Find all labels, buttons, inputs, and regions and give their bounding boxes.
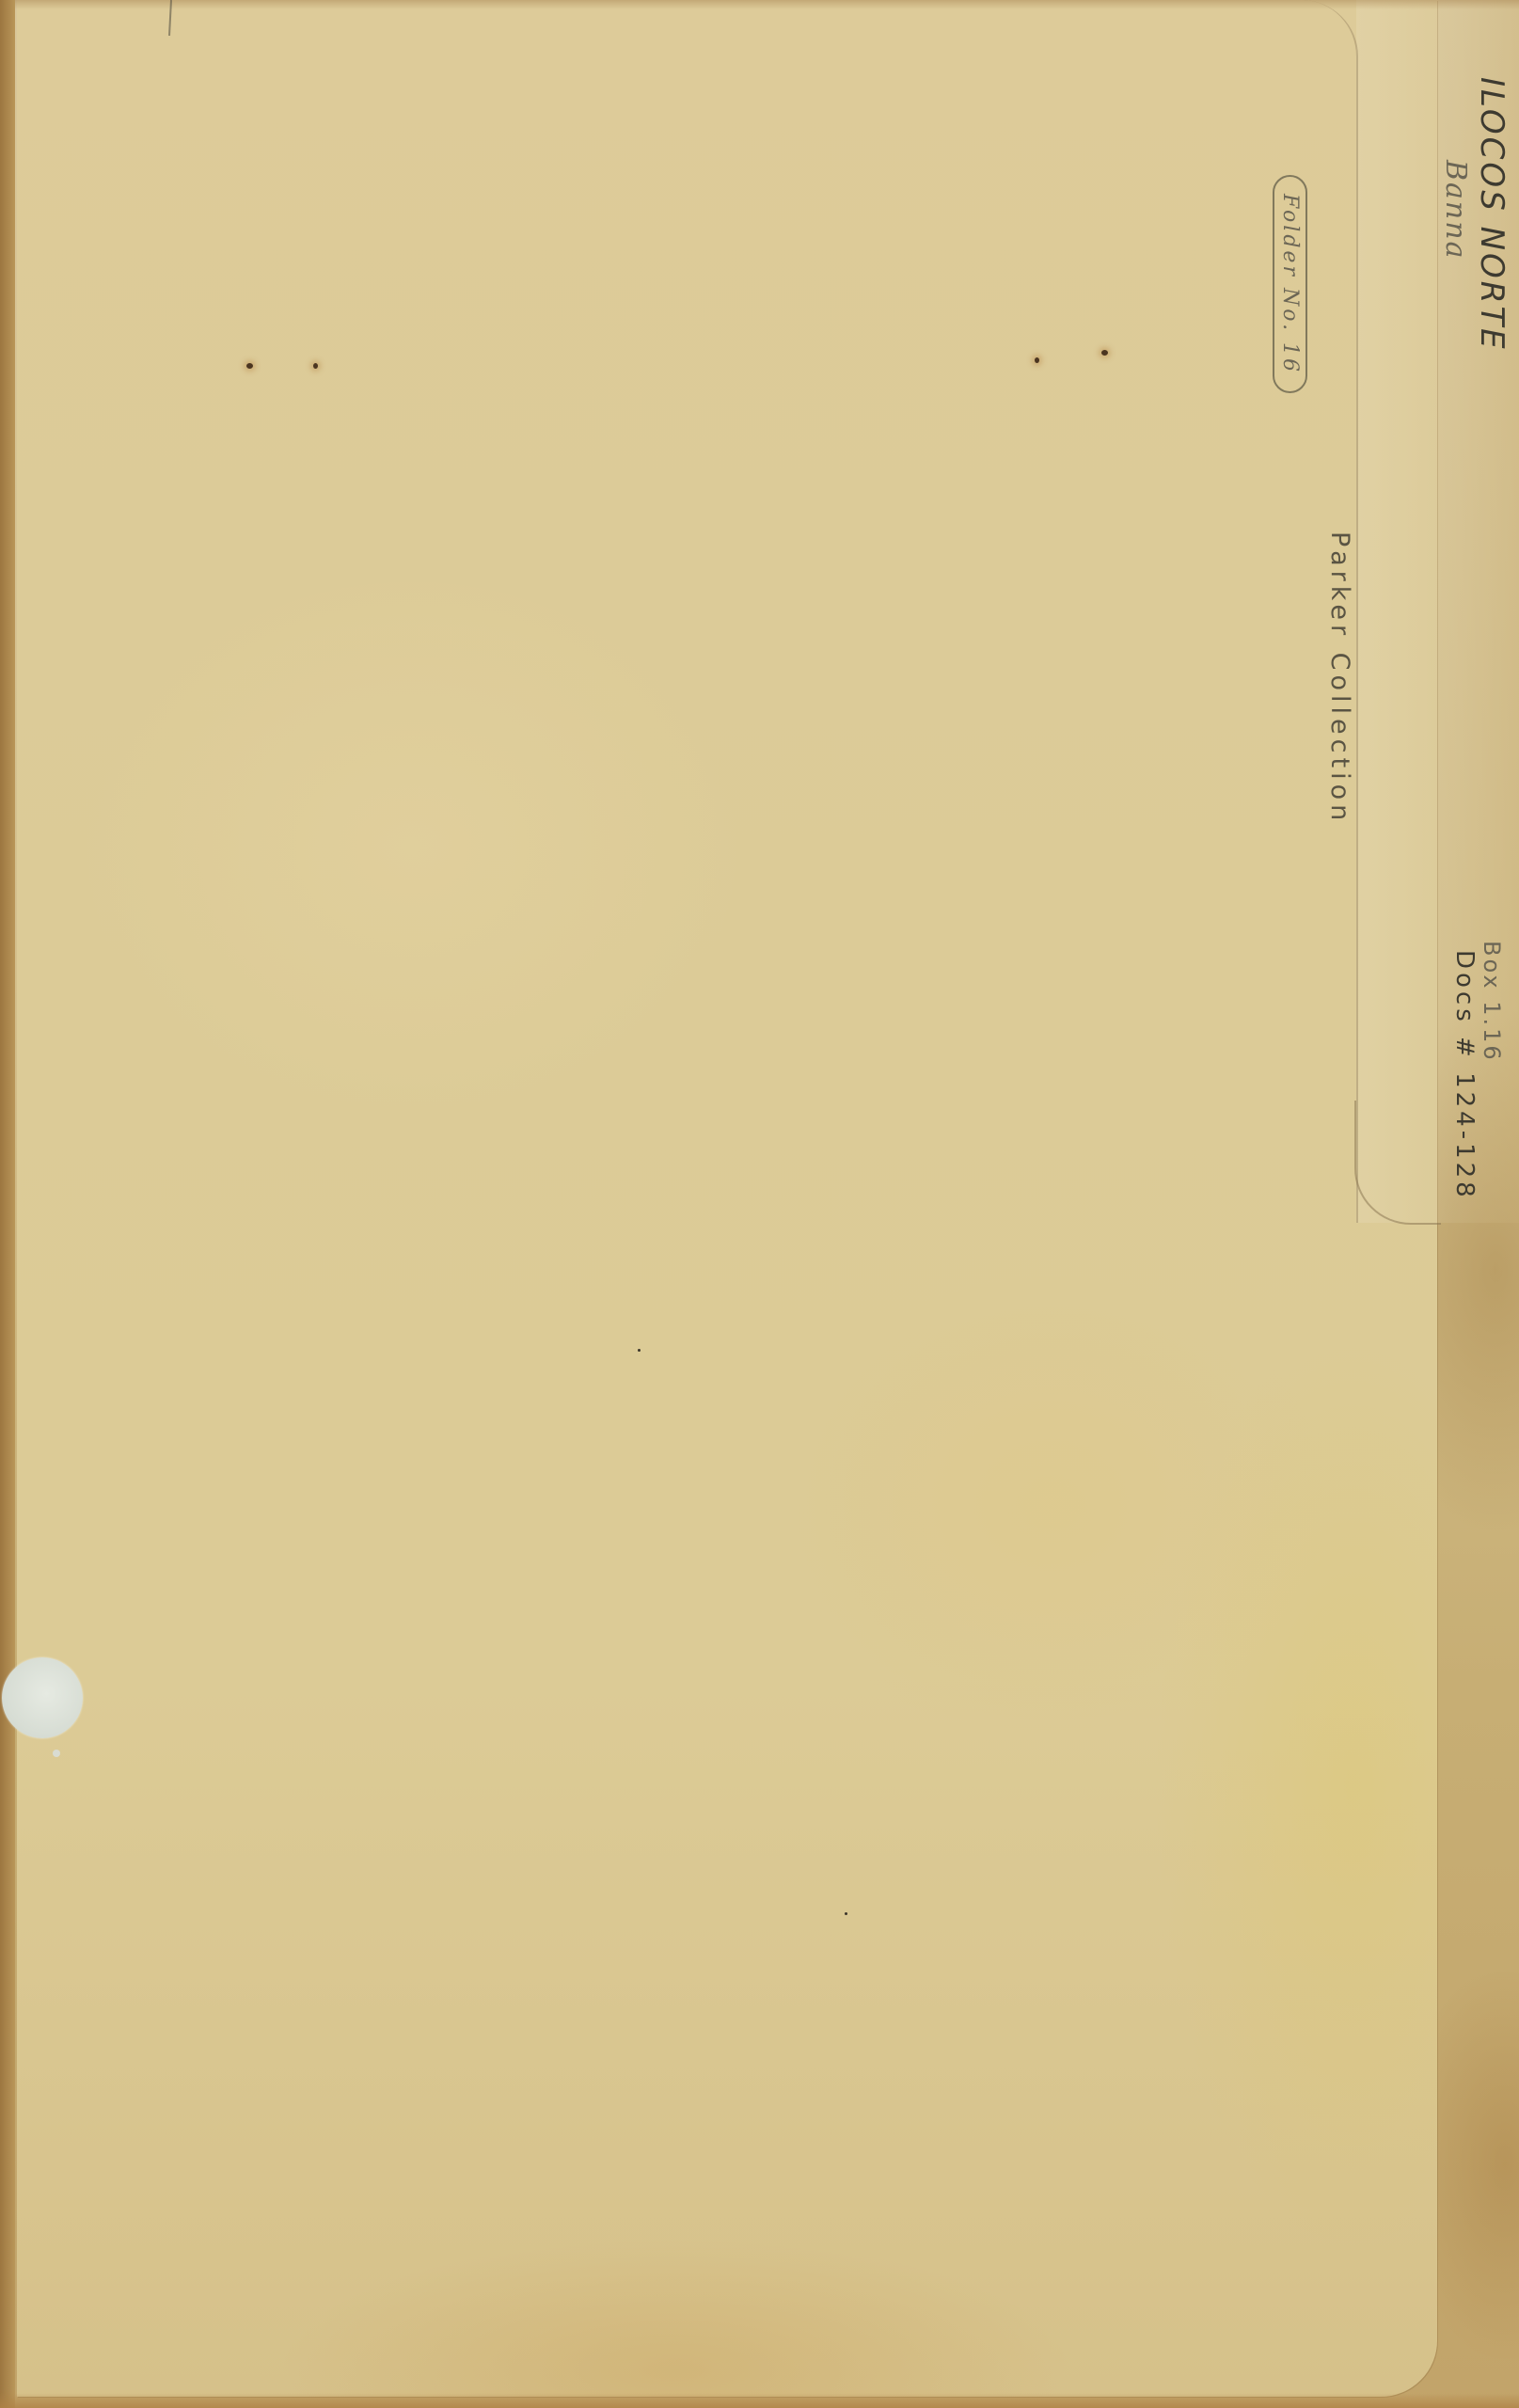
bottom-edge [0,2393,1519,2408]
staple-hole [313,363,318,369]
sticker-residue-fragment [53,1750,60,1757]
speck [845,1912,847,1915]
sticker-residue [2,1657,83,1738]
documents-range-label: Docs # 124-128 [1450,950,1479,1201]
barrio-label: Banna [1439,160,1472,260]
folder-front-face [17,0,1437,2397]
box-label: Box 1.16 [1479,941,1505,1063]
staple-hole [1101,350,1108,356]
collection-label: Parker Collection [1325,531,1354,825]
left-edge [0,0,15,2408]
province-label: ILOCOS NORTE [1473,77,1511,352]
speck [638,1349,641,1352]
top-edge-shadow [0,0,1519,9]
staple-hole [1035,357,1039,363]
staple-hole [246,363,253,369]
folder-number-label: Folder No. 16 [1273,175,1307,393]
scanned-folder: ILOCOS NORTE Banna Folder No. 16 Parker … [0,0,1519,2408]
